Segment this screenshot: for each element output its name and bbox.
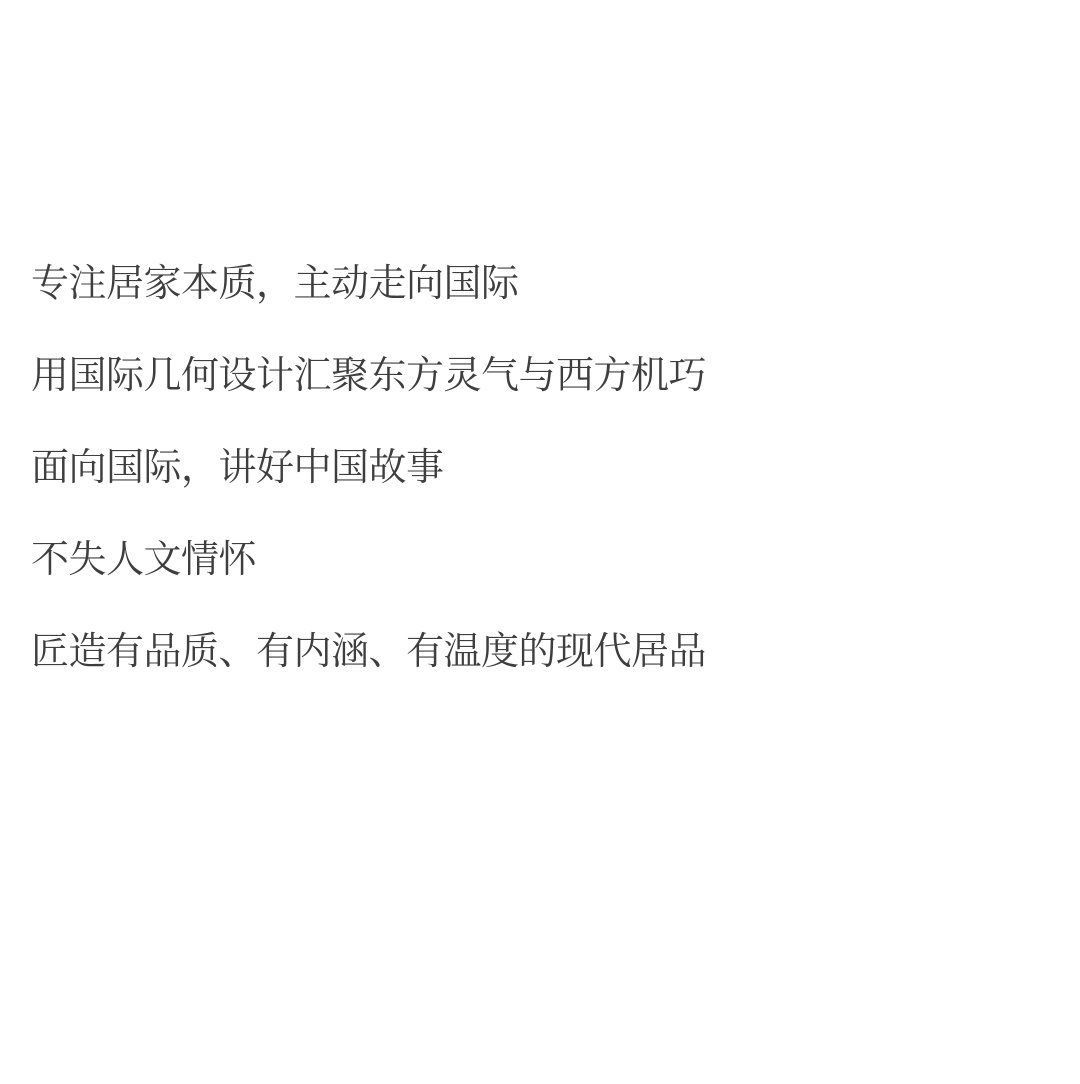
statement-line-2: 用国际几何设计汇聚东方灵气与西方机巧 (31, 330, 706, 422)
statement-line-5: 匠造有品质、有内涵、有温度的现代居品 (31, 606, 706, 698)
brand-statement-page: 专注居家本质，主动走向国际 用国际几何设计汇聚东方灵气与西方机巧 面向国际，讲好… (0, 0, 1080, 1084)
statement-line-1: 专注居家本质，主动走向国际 (31, 238, 706, 330)
brand-statement-text-block: 专注居家本质，主动走向国际 用国际几何设计汇聚东方灵气与西方机巧 面向国际，讲好… (31, 238, 706, 698)
statement-line-3: 面向国际，讲好中国故事 (31, 422, 706, 514)
statement-line-4: 不失人文情怀 (31, 514, 706, 606)
